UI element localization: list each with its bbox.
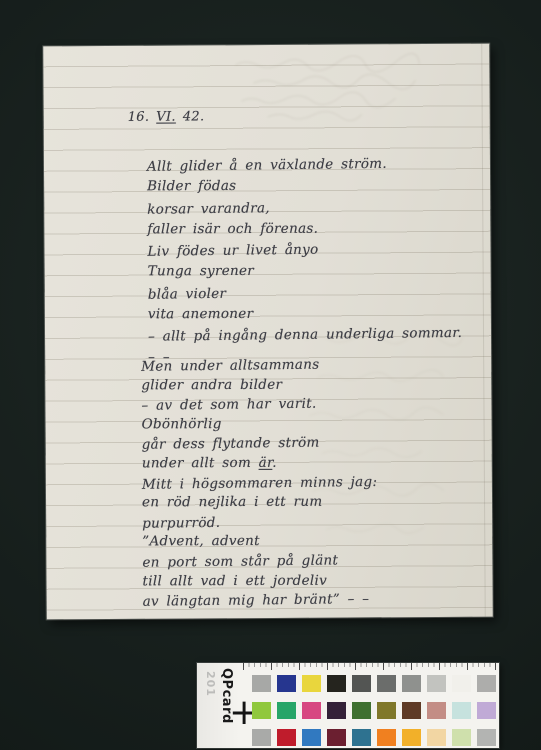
color-patch [252,675,271,692]
poem-line: av längtan mig har bränt” – – [143,589,473,613]
poem-line-part: . [272,455,277,471]
color-patch [377,675,396,692]
color-patch [427,702,446,719]
ink-bleedthrough-top [223,50,473,132]
color-patch [252,729,271,746]
ruler-scale [243,663,497,670]
manuscript-page: 16.VI.42. Allt glider å en växlande strö… [43,44,492,620]
color-patch [402,702,421,719]
poem-line: – allt på ingång denna underliga sommar. [148,323,478,348]
color-patch [327,675,346,692]
color-patch [377,702,396,719]
poem-line: Allt glider å en växlande ström. [147,153,477,178]
color-patch [327,702,346,719]
poem-line-part-underlined: är [259,455,273,471]
color-patch [352,675,371,692]
poem-line: – av det som har varit. [141,393,471,417]
qpcard-patch-grid [252,675,496,746]
poem-line: Tunga syrener [148,261,478,283]
poem-line: går dess flytande ström [142,432,472,456]
poem-line: ”Advent, advent [142,532,472,553]
stanza-1: Allt glider å en växlande ström. Bilder … [147,154,478,369]
qpcard-color-target: QPcard 201 + [197,663,499,748]
poem-line-underlined-ar: under allt som är. [142,453,472,474]
color-patch [352,729,371,746]
color-patch [477,729,496,746]
poem-line: en port som står på glänt [142,550,472,574]
color-patch [477,675,496,692]
color-patch [402,675,421,692]
poem-line: korsar varandra, [147,195,477,220]
stanza-2: Men under alltsammans glider andra bilde… [141,355,473,612]
date-year: 42. [183,109,205,124]
date-month: VI. [156,110,176,125]
color-patch [377,729,396,746]
poem-line: Men under alltsammans [141,354,471,378]
color-patch [302,675,321,692]
color-patch [427,729,446,746]
date-heading: 16.VI.42. [128,109,205,124]
color-patch [277,702,296,719]
poem-line: Bilder födas [147,175,477,197]
poem-line-part: under allt som [142,455,259,471]
color-patch [427,675,446,692]
color-patch [402,729,421,746]
color-patch [302,729,321,746]
color-patch [277,729,296,746]
photo-stage: 16.VI.42. Allt glider å en växlande strö… [0,0,541,750]
color-patch [477,702,496,719]
color-patch [252,702,271,719]
date-day: 16. [128,110,150,125]
poem-line: vita anemoner [148,303,478,325]
color-patch [452,729,471,746]
color-patch [352,702,371,719]
poem-line: en röd nejlika i ett rum [142,492,472,513]
qpcard-model-text: 201 [204,671,217,697]
poem-line: blåa violer [148,280,478,305]
poem-line: faller isär och förenas. [147,218,477,240]
color-patch [452,702,471,719]
color-patch [327,729,346,746]
color-patch [452,675,471,692]
color-patch [302,702,321,719]
color-patch [277,675,296,692]
